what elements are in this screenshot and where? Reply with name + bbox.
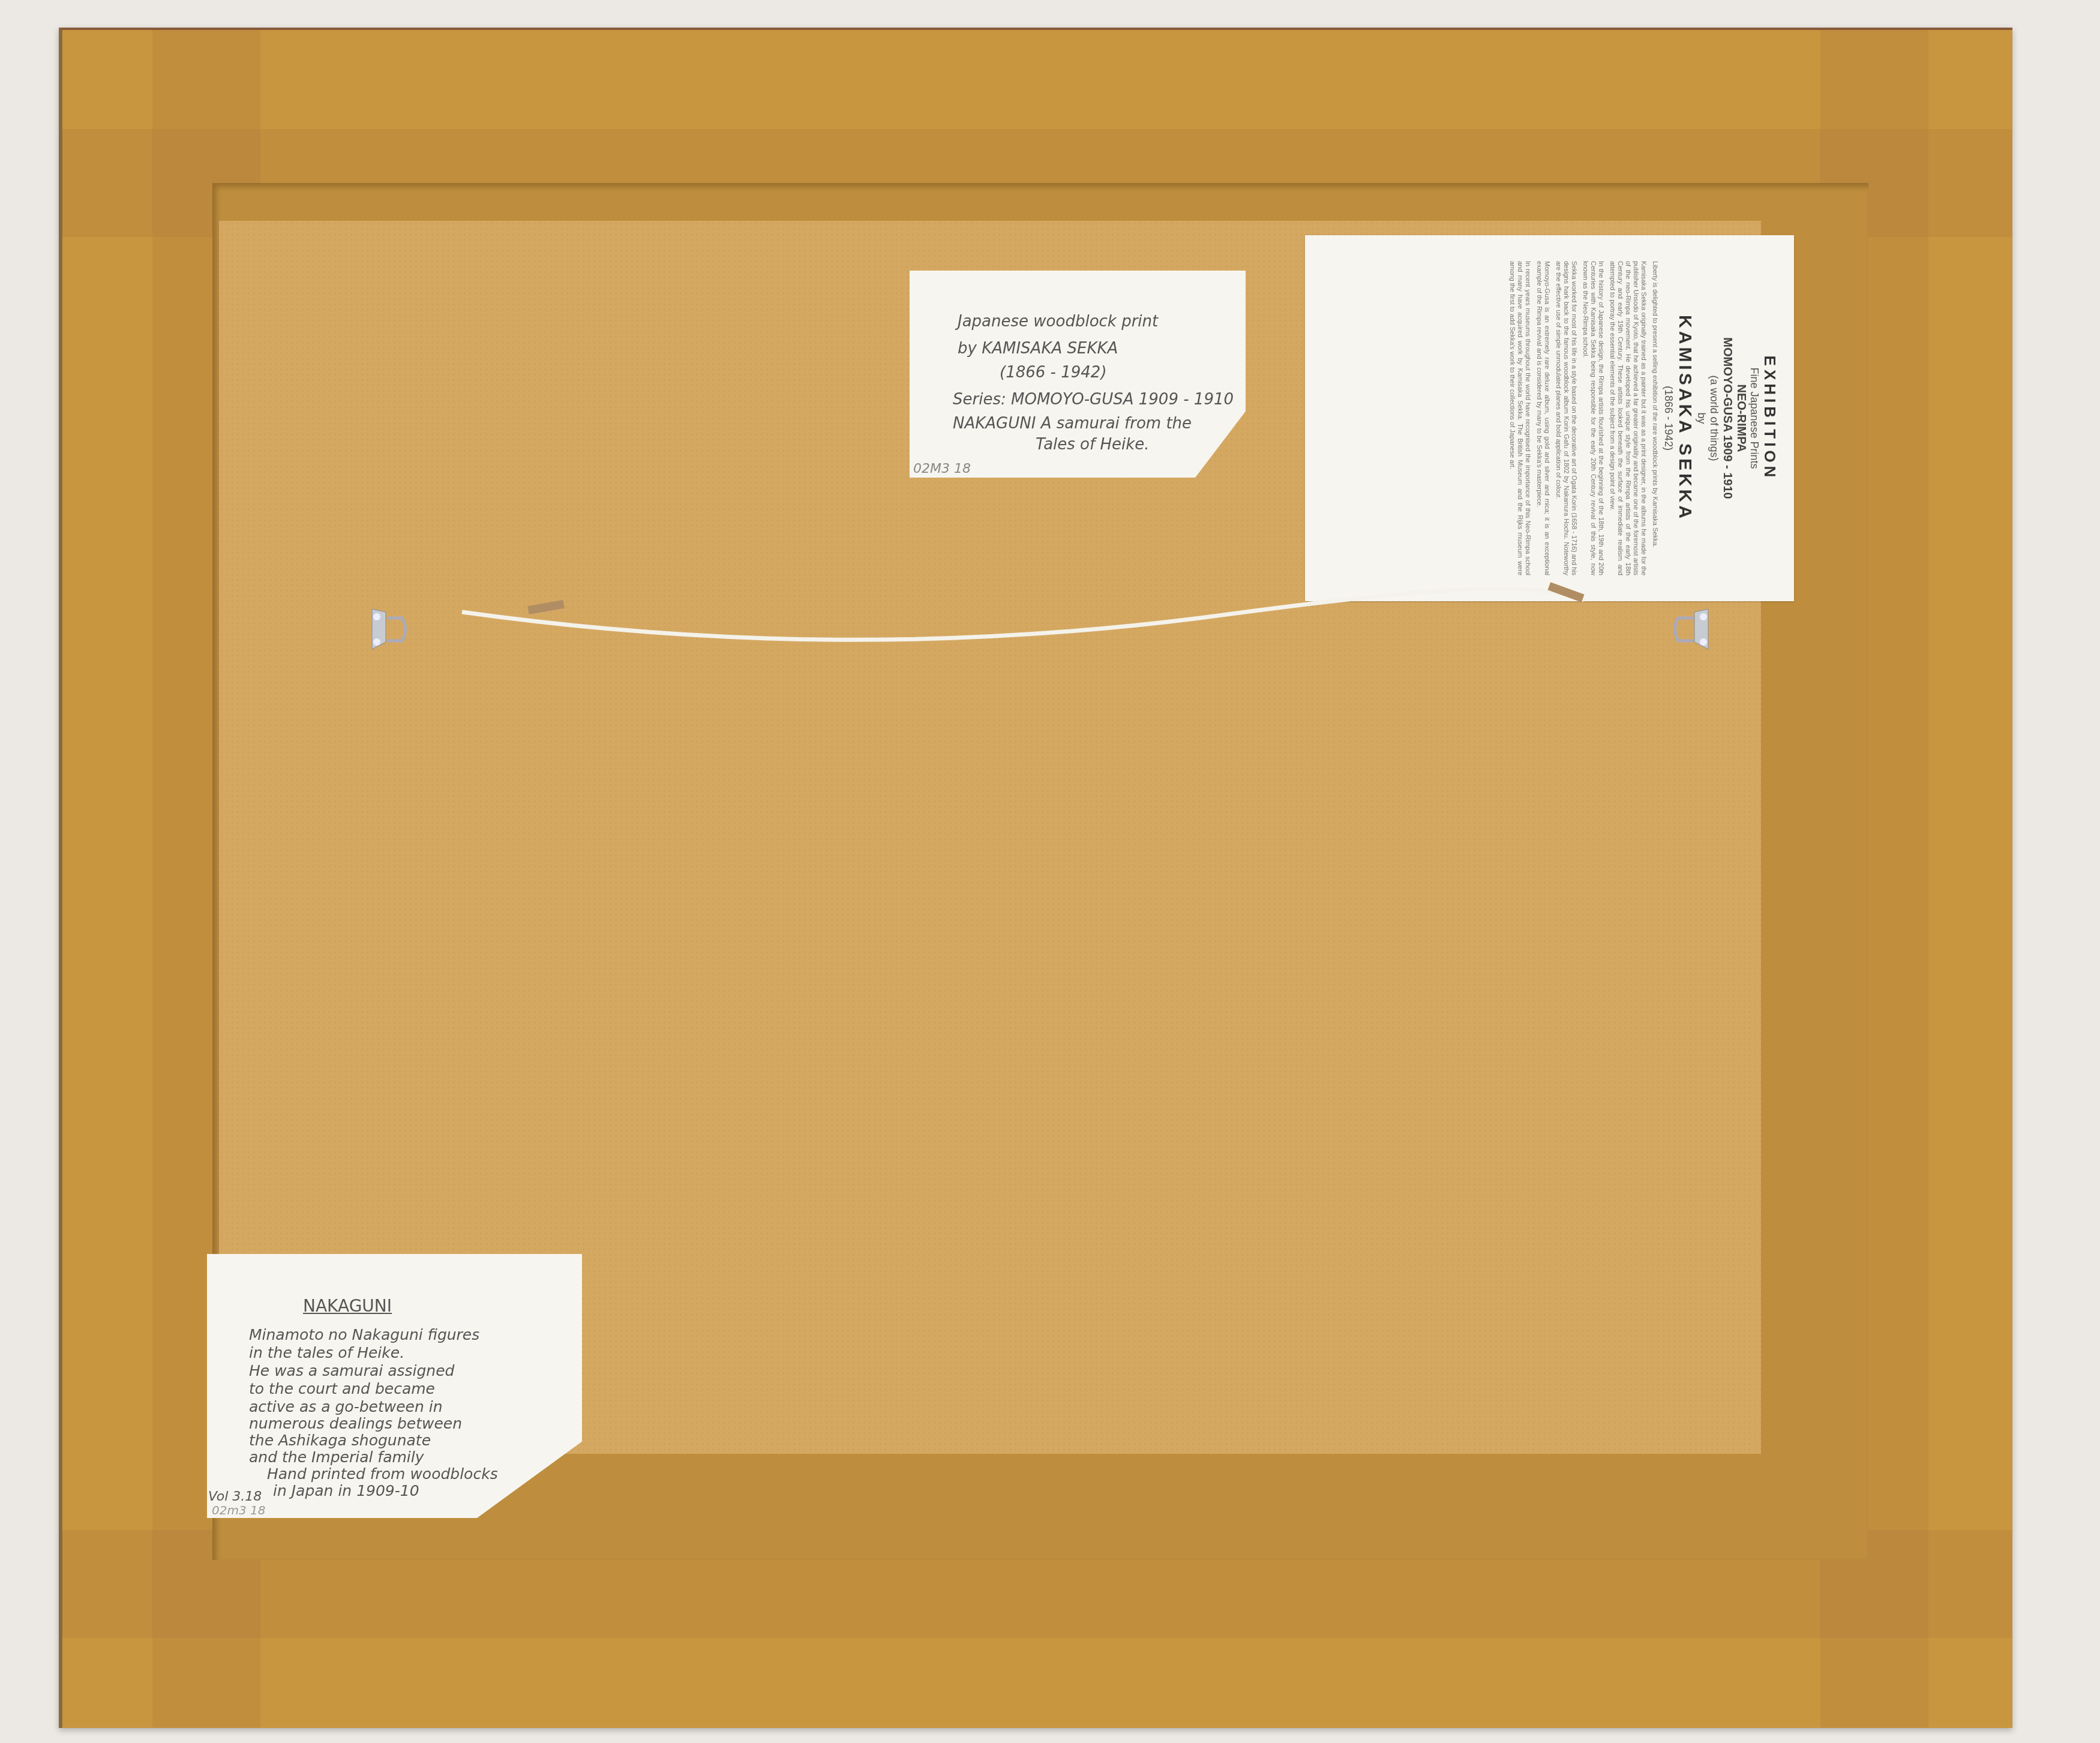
d-ring-hanger-right bbox=[1668, 606, 1711, 654]
hanging-wire bbox=[0, 0, 2100, 1743]
d-ring-hanger-left bbox=[369, 606, 412, 654]
